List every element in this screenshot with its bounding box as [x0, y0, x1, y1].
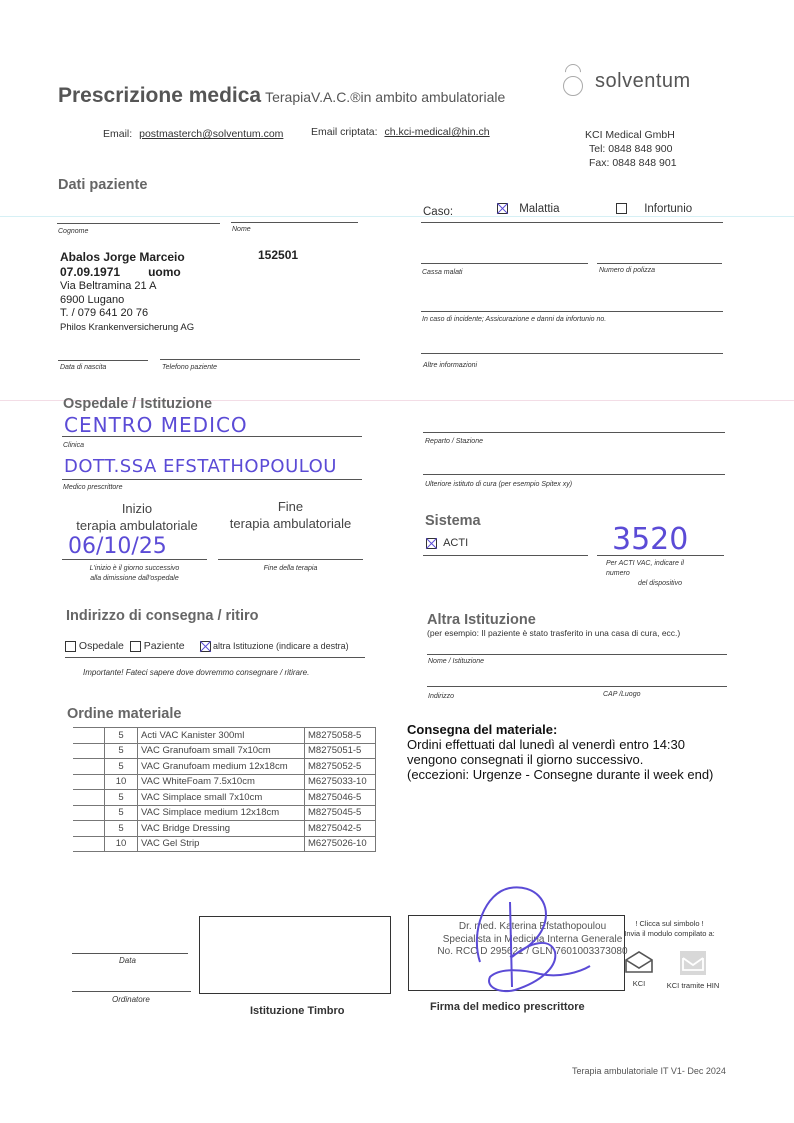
therapy-end-heading: Fine terapia ambulatoriale [218, 498, 363, 532]
delivery-option-ospedale[interactable]: Ospedale [65, 640, 124, 652]
code-cell: M8275046-5 [305, 790, 376, 806]
row-spacer-cell [73, 774, 105, 790]
case-line [421, 222, 723, 223]
footer-version: Terapia ambulatoriale IT V1- Dec 2024 [572, 1066, 726, 1076]
start-note-2: alla dimissione dall'ospedale [62, 574, 207, 584]
company-tel: Tel: 0848 848 900 [585, 142, 677, 156]
institution-address-line[interactable] [427, 686, 727, 687]
envelope-open-icon [624, 950, 654, 974]
paziente-label: Paziente [144, 640, 185, 652]
malattia-checkbox[interactable] [497, 203, 508, 214]
institution-stamp-box[interactable] [199, 916, 391, 994]
other-institution-example: (per esempio: Il paziente è stato trasfe… [427, 628, 680, 638]
delivery-option-paziente[interactable]: Paziente [130, 640, 185, 652]
item-cell: VAC Simplace medium 12x18cm [138, 805, 305, 821]
encrypted-email-label: Email criptata: [311, 126, 378, 138]
item-cell: Acti VAC Kanister 300ml [138, 728, 305, 744]
doctor-label: Medico prescrittore [63, 484, 123, 491]
insurer-line[interactable] [421, 263, 588, 264]
subtitle-text: TerapiaV.A.C.®in ambito ambulatoriale [265, 89, 505, 105]
row-spacer-cell [73, 728, 105, 744]
date-line[interactable] [72, 953, 188, 954]
code-cell: M8275051-5 [305, 743, 376, 759]
qty-cell: 5 [105, 728, 138, 744]
code-cell: M8275045-5 [305, 805, 376, 821]
qty-cell: 5 [105, 805, 138, 821]
patient-label-block: Abalos Jorge Marceio152501 07.09.1971uom… [60, 251, 194, 334]
delivery-note: Importante! Fateci sapere dove dovremmo … [83, 668, 309, 677]
ospedale-label: Ospedale [79, 640, 124, 652]
patient-street: Via Beltramina 21 A [60, 280, 194, 294]
altra-istituzione-checkbox[interactable] [200, 641, 211, 652]
start-title-1: Inizio [64, 500, 210, 517]
table-row: 5VAC Bridge DressingM8275042-5 [73, 821, 376, 837]
row-spacer-cell [73, 759, 105, 775]
table-row: 5VAC Granufoam small 7x10cmM8275051-5 [73, 743, 376, 759]
delivery-info-title: Consegna del materiale: [407, 722, 713, 737]
therapy-end-label: Fine della terapia [218, 565, 363, 572]
policy-label: Numero di polizza [599, 267, 655, 274]
acti-checkbox[interactable] [426, 538, 437, 549]
device-note-1: Per ACTI VAC, indicare il [606, 559, 684, 569]
delivery-info: Consegna del materiale: Ordini effettuat… [407, 722, 713, 782]
malattia-label: Malattia [519, 203, 559, 215]
company-name: KCI Medical GmbH [585, 128, 677, 142]
delivery-option-altra[interactable]: altra Istituzione (indicare a destra) [200, 641, 349, 651]
doctor-signature-scribble [440, 882, 600, 1002]
section-order: Ordine materiale [67, 706, 181, 722]
patient-city: 6900 Lugano [60, 294, 194, 308]
qty-cell: 5 [105, 743, 138, 759]
phone-line[interactable] [160, 359, 360, 360]
section-system: Sistema [425, 513, 481, 529]
case-label: Caso: [423, 206, 453, 218]
qty-cell: 10 [105, 836, 138, 852]
envelope-hin-icon [679, 950, 707, 976]
device-note-2: numero [606, 569, 684, 579]
scan-line [0, 216, 794, 217]
ward-line[interactable] [423, 432, 725, 433]
therapy-start-line [62, 559, 207, 560]
end-title-1: Fine [218, 498, 363, 515]
therapy-start-value[interactable]: 06/10/25 [68, 534, 167, 559]
doctor-signature-label: Firma del medico prescrittore [430, 1001, 585, 1013]
delivery-info-line1: Ordini effettuati dal lunedì al venerdì … [407, 737, 713, 752]
code-cell: M8275052-5 [305, 759, 376, 775]
clinic-label: Clinica [63, 442, 84, 449]
delivery-options: Ospedale Paziente altra Istituzione (ind… [65, 640, 349, 652]
doctor-value[interactable]: DOTT.SSA EFSTATHOPOULOU [64, 456, 337, 477]
birthdate-line[interactable] [58, 360, 148, 361]
doctor-line [62, 479, 362, 480]
system-line [423, 555, 588, 556]
table-row: 5VAC Simplace small 7x10cmM8275046-5 [73, 790, 376, 806]
section-patient: Dati paziente [58, 177, 147, 193]
solventum-logo: solventum [563, 64, 691, 98]
institution-name-label: Nome / Istituzione [428, 658, 484, 665]
qty-cell: 5 [105, 759, 138, 775]
send-kci-button[interactable]: KCI [620, 950, 658, 988]
code-cell: M6275033-10 [305, 774, 376, 790]
system-option-acti[interactable]: ACTI [426, 537, 468, 549]
send-kci-label: KCI [620, 979, 658, 988]
send-hint: ! Clicca sul simbolo ! Invia il modulo c… [622, 919, 717, 939]
table-row: 10VAC WhiteFoam 7.5x10cmM6275033-10 [73, 774, 376, 790]
send-hint-2: Invia il modulo compilato a: [622, 929, 717, 939]
insurer-label: Cassa malati [422, 269, 462, 276]
table-row: 5VAC Simplace medium 12x18cmM8275045-5 [73, 805, 376, 821]
send-kci-hin-label: KCI tramite HIN [664, 981, 722, 990]
send-kci-hin-button[interactable]: KCI tramite HIN [664, 950, 722, 990]
name-line[interactable] [231, 222, 358, 223]
row-spacer-cell [73, 805, 105, 821]
send-hint-1: ! Clicca sul simbolo ! [622, 919, 717, 929]
patient-birthdate: 07.09.1971 [60, 265, 120, 279]
paziente-checkbox[interactable] [130, 641, 141, 652]
table-row: 5Acti VAC Kanister 300mlM8275058-5 [73, 728, 376, 744]
code-cell: M6275026-10 [305, 836, 376, 852]
institution-name-line[interactable] [427, 654, 727, 655]
item-cell: VAC Simplace small 7x10cm [138, 790, 305, 806]
accident-line[interactable] [421, 311, 723, 312]
device-note-3: del dispositivo [606, 579, 684, 589]
item-cell: VAC Bridge Dressing [138, 821, 305, 837]
patient-sex: uomo [148, 265, 181, 279]
orderer-line[interactable] [72, 991, 191, 992]
infortunio-label: Infortunio [644, 203, 692, 215]
patient-phone: T. / 079 641 20 76 [60, 307, 194, 321]
device-number-line [597, 555, 724, 556]
code-cell: M8275042-5 [305, 821, 376, 837]
solventum-logo-icon [563, 64, 585, 98]
infortunio-checkbox[interactable] [616, 203, 627, 214]
therapy-start-note: L'inizio è il giorno successivo alla dim… [62, 564, 207, 584]
accident-label: In caso di incidente; Assicurazione e da… [422, 316, 606, 323]
other-info-line[interactable] [421, 353, 723, 354]
section-delivery-address: Indirizzo di consegna / ritiro [66, 608, 259, 624]
qty-cell: 5 [105, 790, 138, 806]
company-fax: Fax: 0848 848 901 [585, 156, 677, 170]
delivery-line [65, 657, 365, 658]
device-number-note: Per ACTI VAC, indicare il numero del dis… [606, 559, 684, 589]
code-cell: M8275058-5 [305, 728, 376, 744]
delivery-info-line3: (eccezioni: Urgenze - Consegne durante i… [407, 767, 713, 782]
stamp-label: Istituzione Timbro [250, 1005, 345, 1017]
end-title-2: terapia ambulatoriale [218, 515, 363, 532]
altra-istituzione-label: altra Istituzione (indicare a destra) [213, 641, 349, 651]
clinic-line [62, 436, 362, 437]
row-spacer-cell [73, 790, 105, 806]
brand-name: solventum [595, 70, 691, 93]
item-cell: VAC Granufoam small 7x10cm [138, 743, 305, 759]
qty-cell: 5 [105, 821, 138, 837]
institution-address-label: Indirizzo [428, 693, 454, 700]
phone-label: Telefono paziente [162, 364, 217, 371]
item-cell: VAC Gel Strip [138, 836, 305, 852]
ward-label: Reparto / Stazione [425, 438, 483, 445]
company-info: KCI Medical GmbH Tel: 0848 848 900 Fax: … [585, 128, 677, 170]
table-row: 10VAC Gel StripM6275026-10 [73, 836, 376, 852]
row-spacer-cell [73, 836, 105, 852]
therapy-start-heading: Inizio terapia ambulatoriale [64, 500, 210, 534]
clinic-value[interactable]: CENTRO MEDICO [64, 413, 248, 437]
section-other-institution: Altra Istituzione [427, 612, 536, 628]
patient-name: Abalos Jorge Marceio [60, 250, 185, 264]
email-label: Email: [103, 128, 132, 140]
surname-line[interactable] [57, 223, 220, 224]
item-cell: VAC WhiteFoam 7.5x10cm [138, 774, 305, 790]
patient-id: 152501 [258, 249, 298, 263]
date-label: Data [119, 956, 136, 965]
further-institute-label: Ulteriore istituto di cura (per esempio … [425, 481, 572, 488]
ospedale-checkbox[interactable] [65, 641, 76, 652]
email-link[interactable]: postmasterch@solventum.com [139, 128, 283, 140]
qty-cell: 10 [105, 774, 138, 790]
encrypted-email-link[interactable]: ch.kci-medical@hin.ch [384, 126, 489, 138]
encrypted-email-row: Email criptata: ch.kci-medical@hin.ch [311, 126, 490, 138]
patient-insurer: Philos Krankenversicherung AG [60, 321, 194, 335]
start-note-1: L'inizio è il giorno successivo [62, 564, 207, 574]
order-table: 5Acti VAC Kanister 300mlM8275058-55VAC G… [73, 727, 376, 852]
start-title-2: terapia ambulatoriale [64, 517, 210, 534]
section-hospital: Ospedale / Istituzione [63, 396, 212, 412]
other-info-label: Altre informazioni [423, 362, 477, 369]
further-institute-line[interactable] [423, 474, 725, 475]
device-number-value[interactable]: 3520 [612, 522, 688, 557]
delivery-info-line2: vengono consegnati il giorno successivo. [407, 752, 713, 767]
row-spacer-cell [73, 821, 105, 837]
page-title: Prescrizione medicaTerapiaV.A.C.®in ambi… [58, 84, 505, 108]
therapy-end-line[interactable] [218, 559, 363, 560]
row-spacer-cell [73, 743, 105, 759]
case-option-malattia[interactable]: Malattia [497, 203, 559, 215]
orderer-label: Ordinatore [112, 995, 150, 1004]
birthdate-label: Data di nascita [60, 364, 106, 371]
acti-label: ACTI [443, 537, 468, 549]
case-option-infortunio[interactable]: Infortunio [616, 203, 692, 215]
table-row: 5VAC Granufoam medium 12x18cmM8275052-5 [73, 759, 376, 775]
policy-line[interactable] [597, 263, 722, 264]
item-cell: VAC Granufoam medium 12x18cm [138, 759, 305, 775]
email-row: Email: postmasterch@solventum.com [103, 128, 283, 140]
institution-zip-label: CAP /Luogo [603, 691, 641, 698]
title-text: Prescrizione medica [58, 84, 261, 107]
surname-label: Cognome [58, 228, 88, 235]
name-label: Nome [232, 226, 251, 233]
